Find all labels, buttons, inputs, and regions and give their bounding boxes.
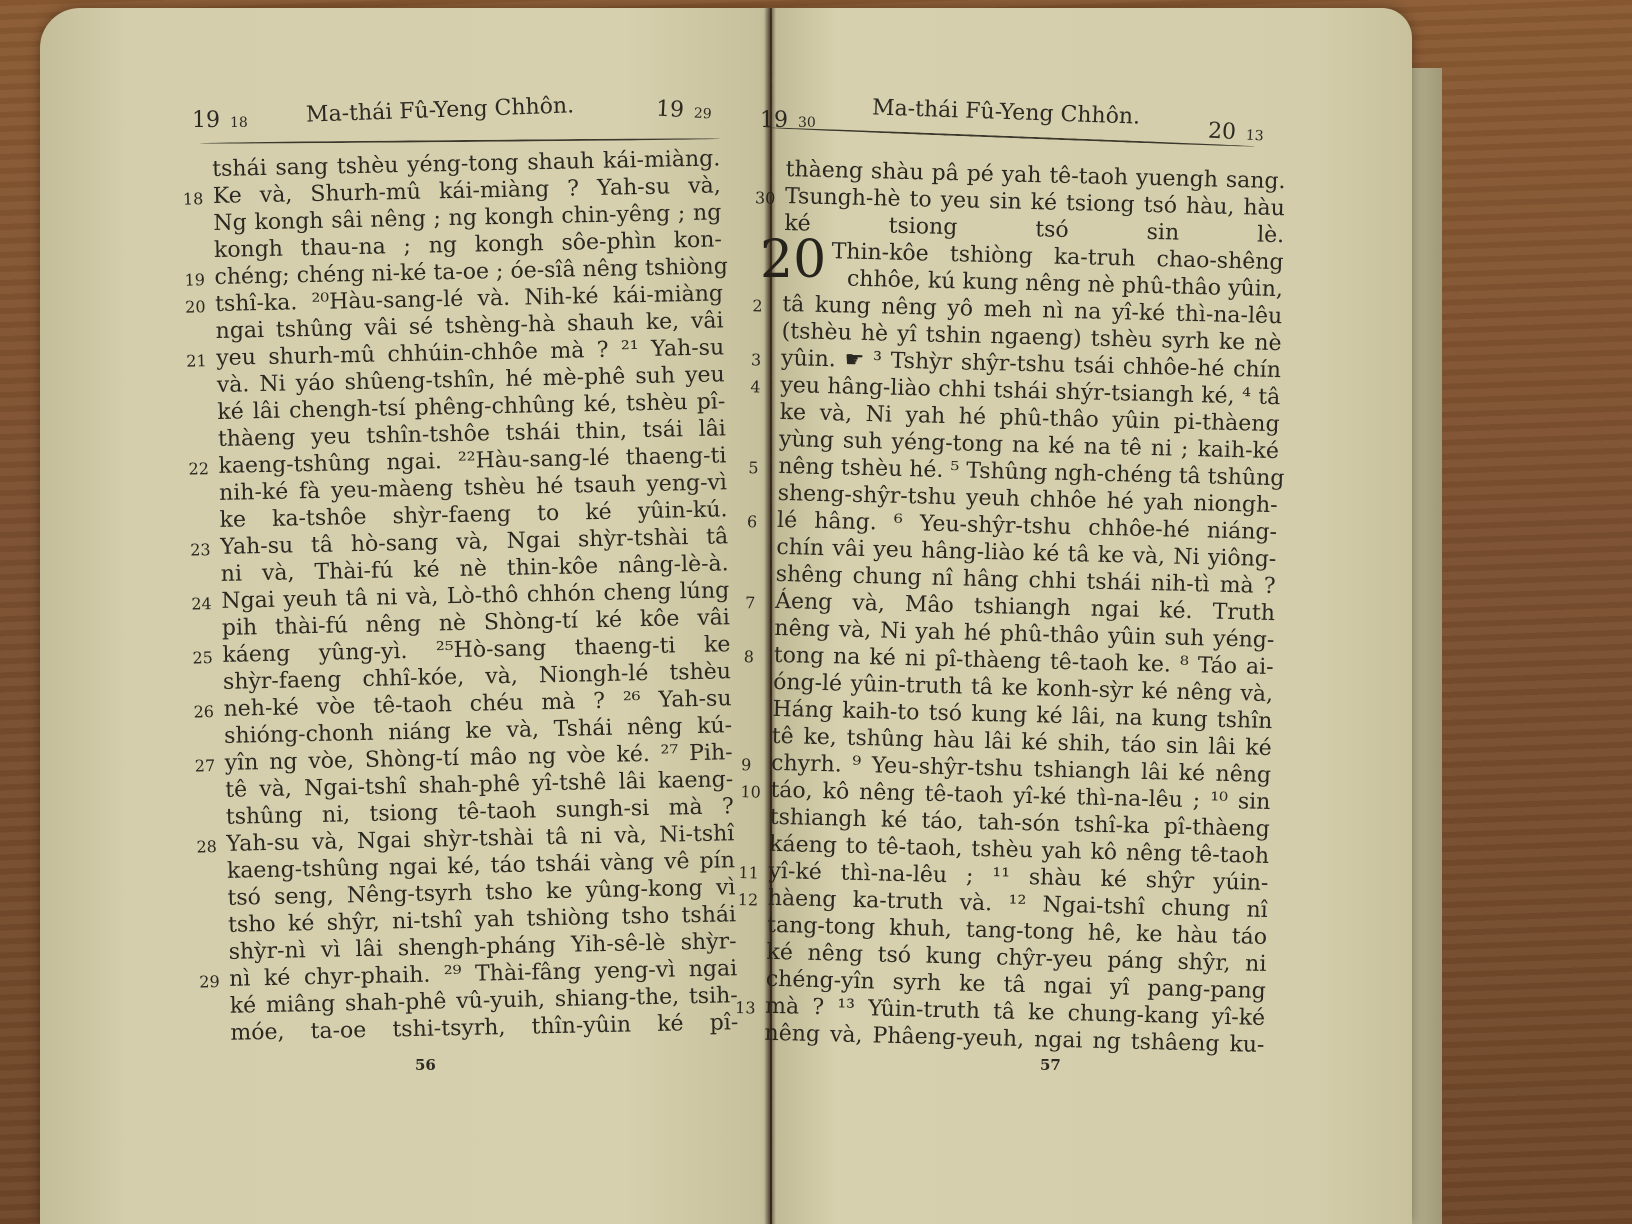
book-gutter — [764, 8, 776, 1224]
header-verse-end: 13 — [1245, 128, 1264, 145]
header-verse-end: 29 — [693, 106, 712, 123]
page-number-right: 57 — [1040, 1056, 1061, 1074]
verse-number: 19 — [184, 266, 213, 294]
verse-number: 23 — [190, 536, 219, 564]
verse-number: 20 — [185, 293, 214, 321]
left-page-header-end: 19 29 — [655, 97, 712, 125]
header-verse-start: 18 — [230, 115, 248, 131]
verse-number: 25 — [192, 644, 221, 672]
verse-number: 27 — [194, 752, 223, 780]
verse-number: 11 — [738, 859, 767, 887]
verse-number: 28 — [196, 833, 225, 861]
header-chapter-end: 19 — [655, 97, 684, 123]
header-chapter-end: 20 — [1207, 119, 1236, 145]
open-book: 19 18 Ma-thái Fû-Yeng Chhôn. 19 29 tshái… — [20, 8, 1440, 1224]
header-chapter-start: 19 — [192, 108, 220, 133]
verse-number: 26 — [193, 698, 222, 726]
page-number-left: 56 — [415, 1056, 436, 1074]
verse-number: 29 — [199, 968, 228, 996]
verse-number: 21 — [186, 347, 215, 375]
verse-number: 18 — [183, 185, 212, 213]
right-page-header-end: 20 13 — [1207, 119, 1264, 147]
left-page-header: 19 18 — [192, 108, 248, 133]
verse-number: 24 — [191, 590, 220, 618]
left-page-body: tshái sang tshèu yéng-tong shauh kái-mià… — [212, 145, 739, 1046]
verse-number: 12 — [737, 886, 766, 914]
right-page-body: thàeng shàu pâ pé yah tê-taoh yuengh san… — [764, 156, 1286, 1059]
verse-number: 22 — [188, 455, 217, 483]
verse-number: 13 — [735, 994, 764, 1022]
page-edges — [1412, 68, 1442, 1224]
